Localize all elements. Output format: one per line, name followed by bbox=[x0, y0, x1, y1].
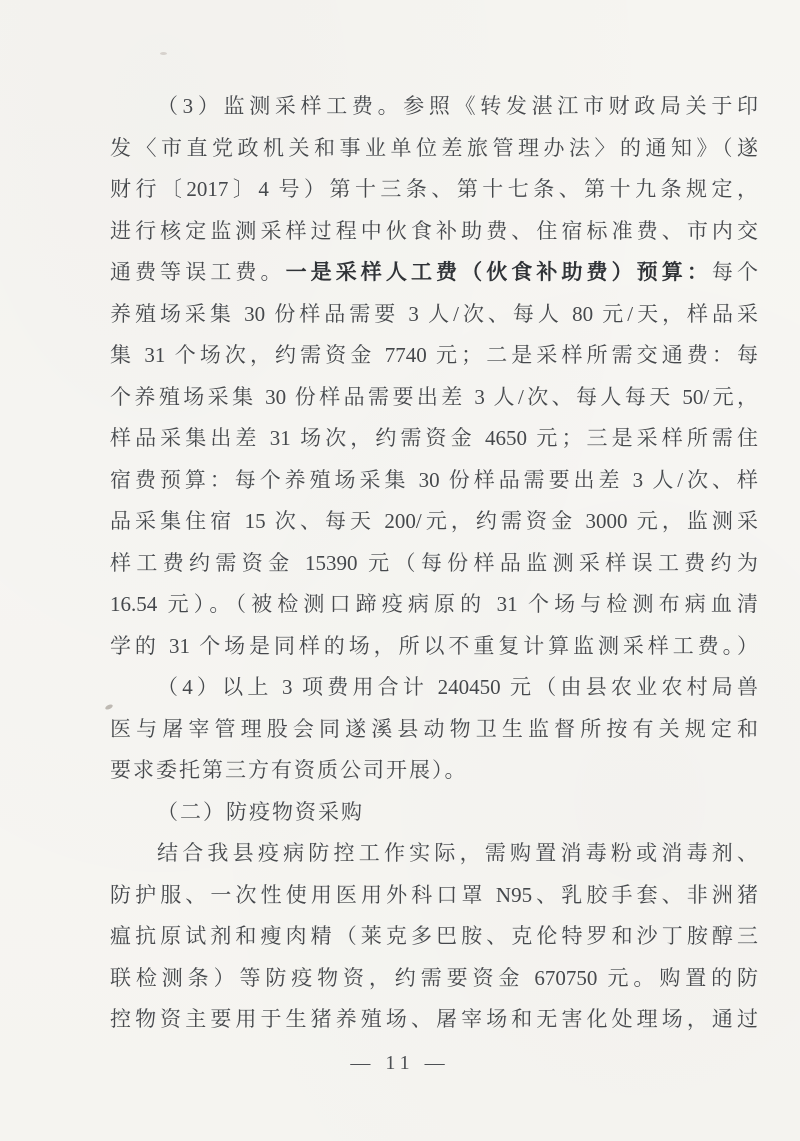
document-text-block: （3）监测采样工费。参照《转发湛江市财政局关于印 发〈市直党政机关和事业单位差旅… bbox=[110, 86, 758, 1041]
text-line: 通费等误工费。一是采样人工费（伙食补助费）预算：每个 bbox=[110, 252, 758, 294]
text-line: 养殖场采集 30 份样品需要 3 人/次、每人 80 元/天，样品采 bbox=[110, 294, 758, 336]
text-segment: 通费等误工费。 bbox=[110, 260, 286, 284]
text-line: （4）以上 3 项费用合计 240450 元（由县农业农村局兽 bbox=[110, 667, 758, 709]
scan-speck bbox=[160, 52, 167, 55]
text-line: 样品采集出差 31 场次，约需资金 4650 元；三是采样所需住 bbox=[110, 418, 758, 460]
text-line: 样工费约需资金 15390 元（每份样品监测采样误工费约为 bbox=[110, 543, 758, 585]
text-line: （3）监测采样工费。参照《转发湛江市财政局关于印 bbox=[110, 86, 758, 128]
text-line: 防护服、一次性使用医用外科口罩 N95、乳胶手套、非洲猪 bbox=[110, 875, 758, 917]
text-line: 16.54 元）。（被检测口蹄疫病原的 31 个场与检测布病血清 bbox=[110, 584, 758, 626]
text-line: 要求委托第三方有资质公司开展）。 bbox=[110, 750, 758, 792]
text-line: 结合我县疫病防控工作实际，需购置消毒粉或消毒剂、 bbox=[110, 833, 758, 875]
text-line: 宿费预算：每个养殖场采集 30 份样品需要出差 3 人/次、样 bbox=[110, 460, 758, 502]
scanned-document-page: （3）监测采样工费。参照《转发湛江市财政局关于印 发〈市直党政机关和事业单位差旅… bbox=[0, 0, 800, 1141]
text-line: 集 31 个场次，约需资金 7740 元；二是采样所需交通费：每 bbox=[110, 335, 758, 377]
text-line: 财行〔2017〕4 号）第十三条、第十七条、第十九条规定， bbox=[110, 169, 758, 211]
section-heading: （二）防疫物资采购 bbox=[110, 792, 758, 834]
text-segment: 每个 bbox=[712, 260, 758, 284]
text-line: 进行核定监测采样过程中伙食补助费、住宿标准费、市内交 bbox=[110, 211, 758, 253]
text-line: 个养殖场采集 30 份样品需要出差 3 人/次、每人每天 50/元， bbox=[110, 377, 758, 419]
text-line: 医与屠宰管理股会同遂溪县动物卫生监督所按有关规定和 bbox=[110, 709, 758, 751]
text-line: 发〈市直党政机关和事业单位差旅管理办法〉的通知》（遂 bbox=[110, 128, 758, 170]
text-line: 品采集住宿 15 次、每天 200/元，约需资金 3000 元，监测采 bbox=[110, 501, 758, 543]
bold-text-segment: 一是采样人工费（伙食补助费）预算： bbox=[286, 260, 712, 284]
text-line: 学的 31 个场是同样的场，所以不重复计算监测采样工费。） bbox=[110, 626, 758, 668]
text-line: 联检测条）等防疫物资，约需要资金 670750 元。购置的防 bbox=[110, 958, 758, 1000]
footer-page-number: — 11 — bbox=[0, 1052, 800, 1075]
text-line: 瘟抗原试剂和瘦肉精（莱克多巴胺、克伦特罗和沙丁胺醇三 bbox=[110, 916, 758, 958]
text-line: 控物资主要用于生猪养殖场、屠宰场和无害化处理场，通过 bbox=[110, 999, 758, 1041]
